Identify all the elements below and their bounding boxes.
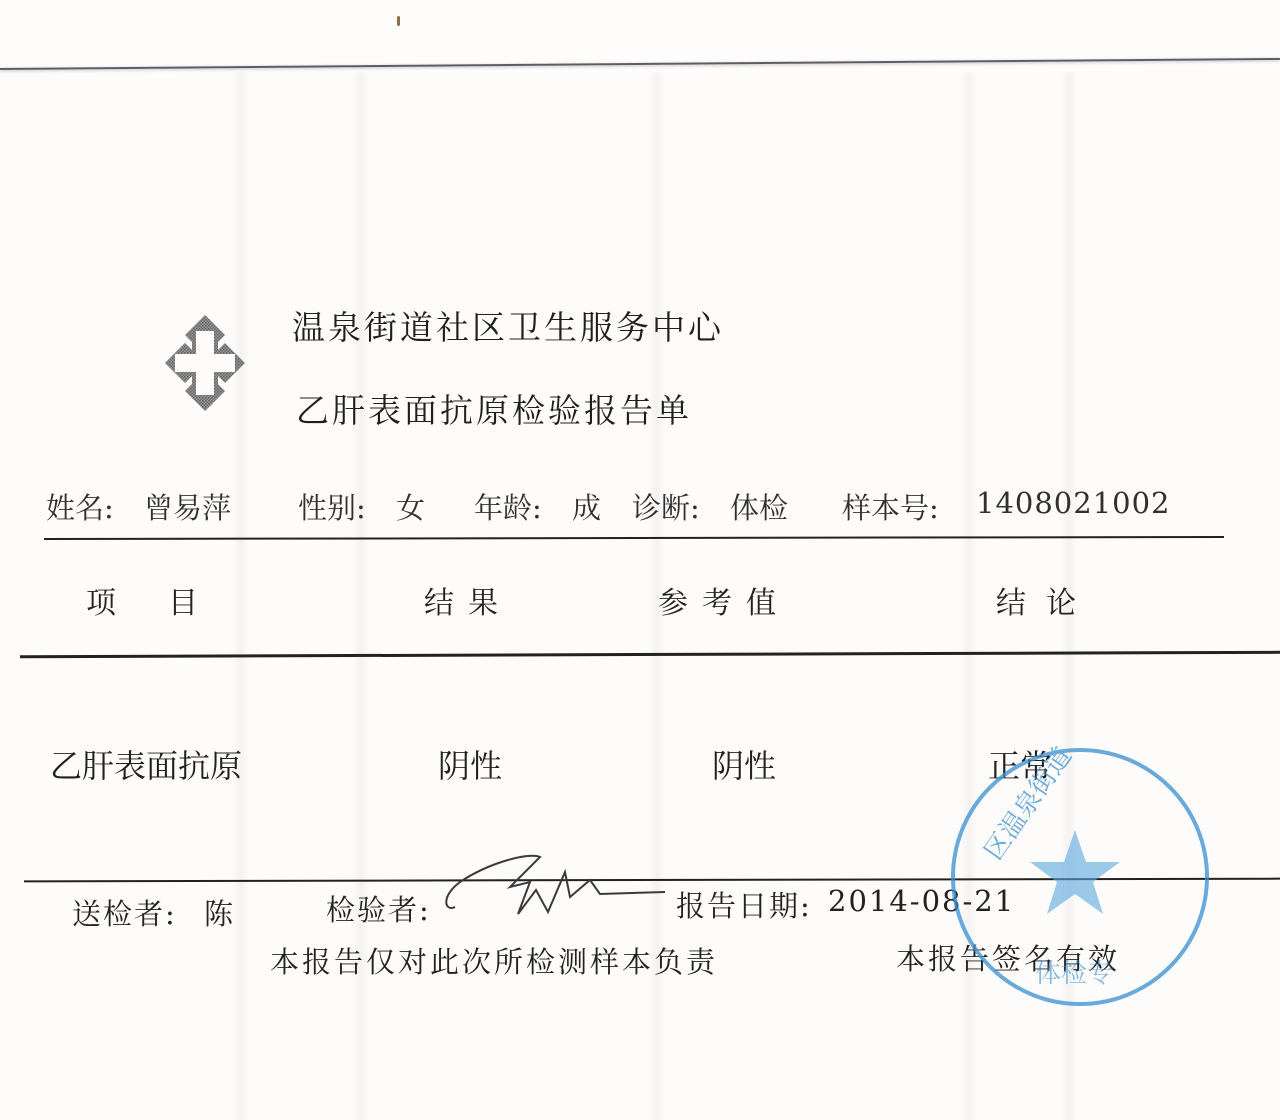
table-cell-item: 乙肝表面抗原 bbox=[50, 741, 242, 787]
patient-name: 曾易萍 bbox=[144, 486, 231, 527]
sample-number: 1408021002 bbox=[976, 486, 1171, 520]
disclaimer-text: 本报告仅对此次所检测样本负责 bbox=[270, 940, 718, 981]
star-icon bbox=[1030, 830, 1120, 914]
name-label: 姓名: bbox=[46, 486, 114, 527]
gender-label: 性别: bbox=[298, 486, 366, 527]
age-label: 年龄: bbox=[474, 486, 542, 527]
sender-name: 陈 bbox=[204, 892, 235, 933]
inspector-label: 检验者: bbox=[326, 888, 431, 929]
diagnosis-label: 诊断: bbox=[632, 486, 700, 527]
sample-label: 样本号: bbox=[842, 486, 939, 527]
report-date-label: 报告日期: bbox=[676, 884, 812, 925]
organization-name: 温泉街道社区卫生服务中心 bbox=[292, 302, 724, 349]
stamp-text-bottom: 体检专 bbox=[1035, 959, 1113, 989]
column-header-item: 项目 bbox=[86, 578, 250, 622]
patient-diagnosis: 体检 bbox=[730, 486, 788, 527]
paper-speck bbox=[397, 16, 400, 26]
column-header-result: 结果 bbox=[424, 578, 512, 622]
sender-label: 送检者: bbox=[72, 892, 177, 933]
report-title: 乙肝表面抗原检验报告单 bbox=[296, 385, 692, 432]
table-cell-reference: 阴性 bbox=[712, 741, 776, 787]
column-header-reference: 参考值 bbox=[658, 578, 790, 622]
inspector-signature bbox=[440, 852, 670, 922]
table-cell-result: 阴性 bbox=[438, 741, 502, 787]
patient-age: 成 bbox=[572, 486, 601, 527]
column-header-conclusion: 结论 bbox=[996, 578, 1096, 622]
medical-cross-logo-icon bbox=[163, 313, 247, 413]
patient-gender: 女 bbox=[396, 486, 425, 527]
official-stamp: 区温泉街道 体检专 bbox=[945, 742, 1215, 1012]
divider-line bbox=[44, 536, 1224, 540]
